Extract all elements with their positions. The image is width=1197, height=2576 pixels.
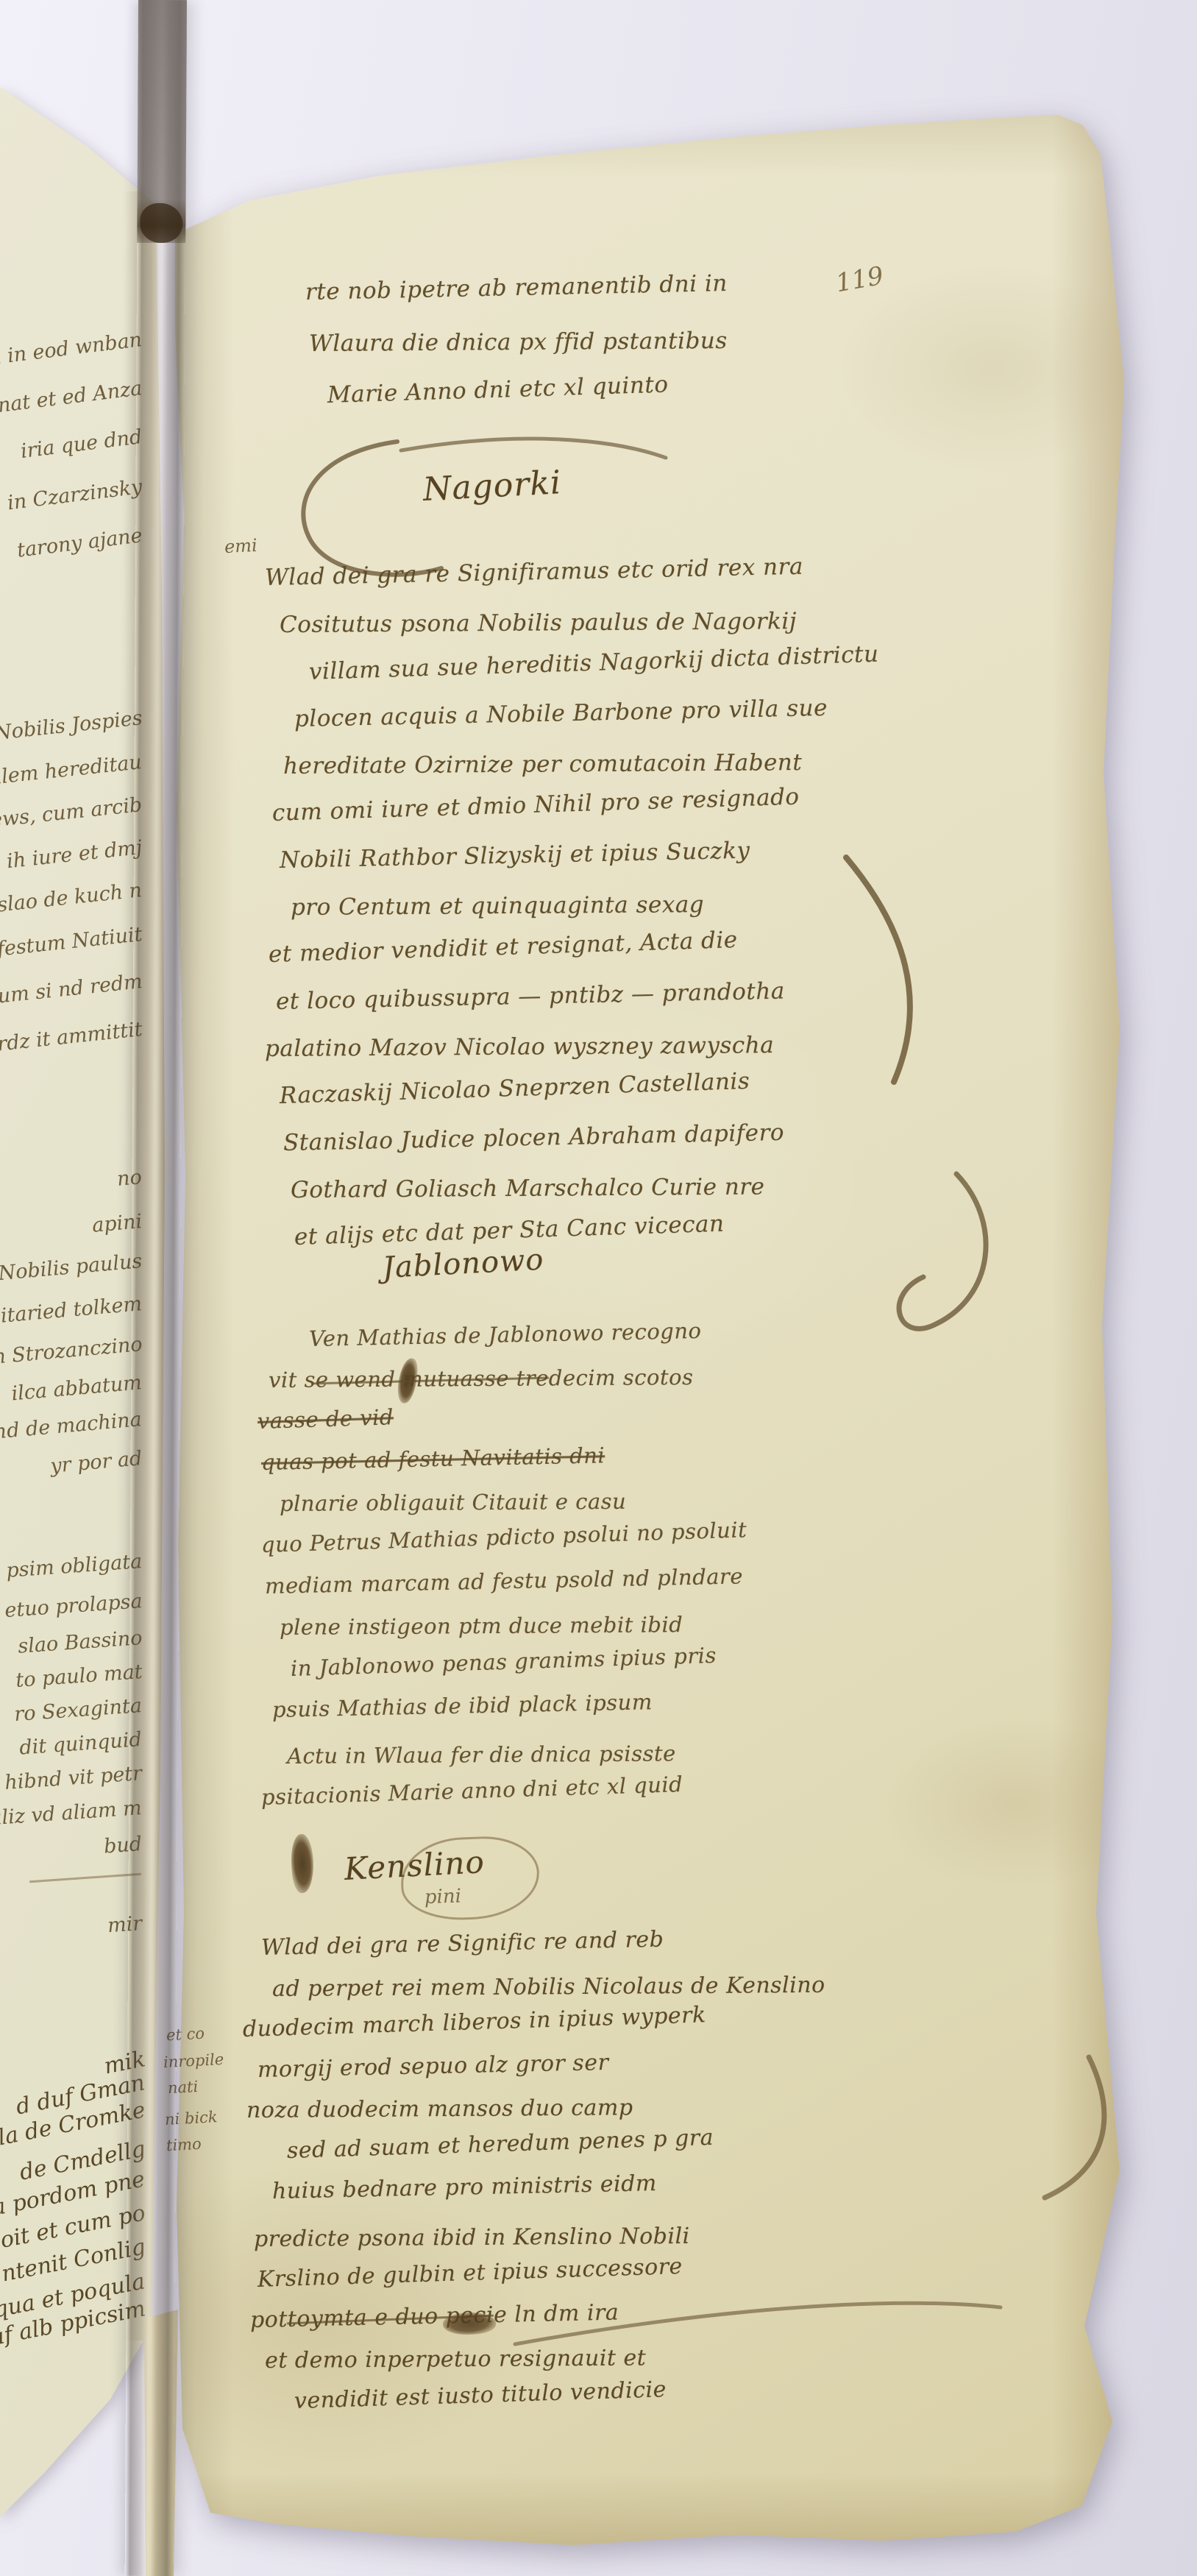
- heading-jablonowo: Jablonowo: [382, 1243, 545, 1285]
- left-page-line: yr por ad: [49, 1448, 143, 1476]
- left-page-line: iria que dnd: [20, 427, 143, 461]
- left-page-line: to paulo mat: [15, 1662, 143, 1691]
- left-page-line: tarony ajane: [15, 526, 143, 561]
- left-page-line: ilca abbatum: [11, 1373, 143, 1404]
- manuscript-line: Wlad dei gra re Signific re and reb: [261, 1929, 664, 1959]
- manuscript-line: plnarie obligauit Citauit e casu: [280, 1491, 626, 1515]
- left-page-line: psim obligata: [5, 1551, 143, 1581]
- manuscript-line: Cositutus psona Nobilis paulus de Nagork…: [280, 610, 797, 637]
- descender-swash: [846, 857, 910, 1082]
- manuscript-line: Stanislao Judice plocen Abraham dapifero: [283, 1122, 785, 1155]
- manuscript-line: hereditate Ozirnize per comutacoin Haben…: [283, 751, 803, 778]
- right-page-deckle-edge-shading: [1052, 110, 1129, 2547]
- manuscript-line: vasse de vid: [257, 1406, 394, 1432]
- circled-annotation-text: pini: [424, 1885, 461, 1908]
- closing-loop-swash: [899, 1174, 986, 1328]
- manuscript-line: Krslino de gulbin et ipius successore: [257, 2256, 683, 2291]
- left-page-line: withoslao de kuch n: [0, 880, 143, 921]
- manuscript-line: pottoymta e duo pecie ln dm ira: [250, 2302, 619, 2332]
- manuscript-line: psuis Mathias de ibid plack ipsum: [272, 1691, 653, 1721]
- left-page-line: ad rasum si nd redm: [0, 972, 143, 1013]
- left-page-line: dit quinquid: [19, 1730, 143, 1758]
- left-page-line: aliz vd aliam m: [0, 1798, 143, 1828]
- right-page-bottom-edge-shading: [169, 2473, 1126, 2554]
- left-page-line: rzews, cum arcib: [0, 795, 143, 832]
- left-page-line: hibnd vit petr: [4, 1763, 143, 1793]
- heading-nagorki: Nagorki: [422, 464, 563, 509]
- manuscript-line: Marie Anno dni etc xl quinto: [327, 373, 669, 407]
- ink-blot: [289, 1833, 316, 1894]
- manuscript-line: quo Petrus Mathias pdicto psolui no psol…: [261, 1519, 747, 1556]
- manuscript-line: et loco quibussupra — pntibz — prandotha: [276, 980, 785, 1013]
- left-page-line: perdz it ammittit: [0, 1019, 143, 1057]
- left-page-line: me totalem hereditau: [0, 752, 143, 795]
- left-page-line: chd de machina: [0, 1409, 143, 1443]
- manuscript-line: Actu in Wlaua fer die dnica psisste: [287, 1743, 676, 1767]
- manuscript-line: in Jablonowo penas granims ipius pris: [291, 1645, 717, 1680]
- manuscript-line: Wlaura die dnica px ffid pstantibus: [309, 330, 728, 355]
- left-page-line: etuo prolapsa: [4, 1591, 143, 1621]
- manuscript-line: Nobili Rathbor Slizyskij et ipius Suczky: [280, 840, 750, 872]
- right-page-top-edge-shading: [177, 110, 1118, 177]
- manuscript-line: psitacionis Marie anno dni etc xl quid: [261, 1774, 683, 1808]
- left-page-line: m Nobilis Jospies: [0, 708, 143, 746]
- manuscript-line: et medior vendidit et resignat, Acta die: [269, 929, 739, 966]
- page-number: 119: [834, 261, 886, 299]
- left-page-line: ania in eod wnban: [0, 330, 143, 372]
- manuscript-line: palatino Mazov Nicolao wyszney zawyscha: [265, 1034, 774, 1061]
- manuscript-line: noza duodecim mansos duo camp: [246, 2097, 633, 2122]
- left-page-line: slao Bassino: [17, 1628, 143, 1657]
- heading-swash: [401, 439, 666, 458]
- manuscript-line: predicte psona ibid in Kenslino Nobili: [254, 2226, 690, 2251]
- manuscript-line: Raczaskij Nicolao Sneprzen Castellanis: [280, 1070, 750, 1108]
- manuscript-line: Gothard Goliasch Marschalco Curie nre: [291, 1176, 765, 1202]
- paraph-flourish: [303, 442, 441, 575]
- left-page-line: en Nobilis paulus: [0, 1251, 143, 1287]
- left-page-line: ad festum Natiuit: [0, 924, 143, 963]
- left-page-rule-line: [29, 1873, 141, 1883]
- manuscript-line: duodecim march liberos in ipius wyperk: [243, 2004, 707, 2041]
- manuscript-line: huius bednare pro ministris eidm: [272, 2173, 657, 2203]
- manuscript-line: ad perpet rei mem Nobilis Nicolaus de Ke…: [272, 1975, 825, 2000]
- manuscript-line: cum omi iure et dmio Nihil pro se resign…: [272, 785, 800, 825]
- manuscript-line: Ven Mathias de Jablonowo recogno: [309, 1320, 702, 1350]
- manuscript-line: morgij erod sepuo alz gror ser: [257, 2052, 609, 2081]
- left-page-line: creditaried tolkem: [0, 1294, 143, 1330]
- manuscript-photo: { "document": { "type": "Photograph of a…: [0, 0, 1197, 2576]
- manuscript-line: et demo inperpetuo resignauit et: [265, 2347, 647, 2372]
- manuscript-line: et alijs etc dat per Sta Canc vicecan: [294, 1213, 725, 1249]
- glass-press-bar-gutter-shadow: [140, 203, 182, 243]
- manuscript-line: vendidit est iusto titulo vendicie: [294, 2379, 667, 2413]
- margin-note-nagorki: emi: [224, 535, 257, 557]
- manuscript-line: Wlad dei gra re Signifiramus etc orid re…: [265, 556, 804, 590]
- left-page-line: ro Sexaginta: [14, 1696, 143, 1724]
- manuscript-line: pro Centum et quinquaginta sexag: [291, 894, 704, 919]
- left-page-line: d in Czarzinsky: [0, 477, 143, 515]
- manuscript-line: vit se wend mutuasse tredecim scotos: [269, 1367, 694, 1391]
- left-page-line: nd ih iure et dmj: [0, 838, 143, 875]
- manuscript-line: quas pot ad festu Navitatis dni: [261, 1445, 605, 1473]
- manuscript-line: mediam marcam ad festu psold nd plndare: [265, 1565, 744, 1597]
- descender-swash: [1045, 2057, 1104, 2198]
- manuscript-line: plene instigeon ptm duce mebit ibid: [280, 1614, 683, 1638]
- manuscript-line: rte nob ipetre ab remanentib dni in: [305, 272, 728, 304]
- manuscript-line: sed ad suam et heredum penes p gra: [287, 2127, 714, 2162]
- left-page-line: in Strozanczino: [0, 1334, 143, 1367]
- manuscript-line: villam sua sue hereditis Nagorkij dicta …: [309, 643, 879, 684]
- left-page-line: ssignat et ed Anza: [0, 378, 143, 420]
- manuscript-line: plocen acquis a Nobile Barbone pro villa…: [294, 697, 828, 731]
